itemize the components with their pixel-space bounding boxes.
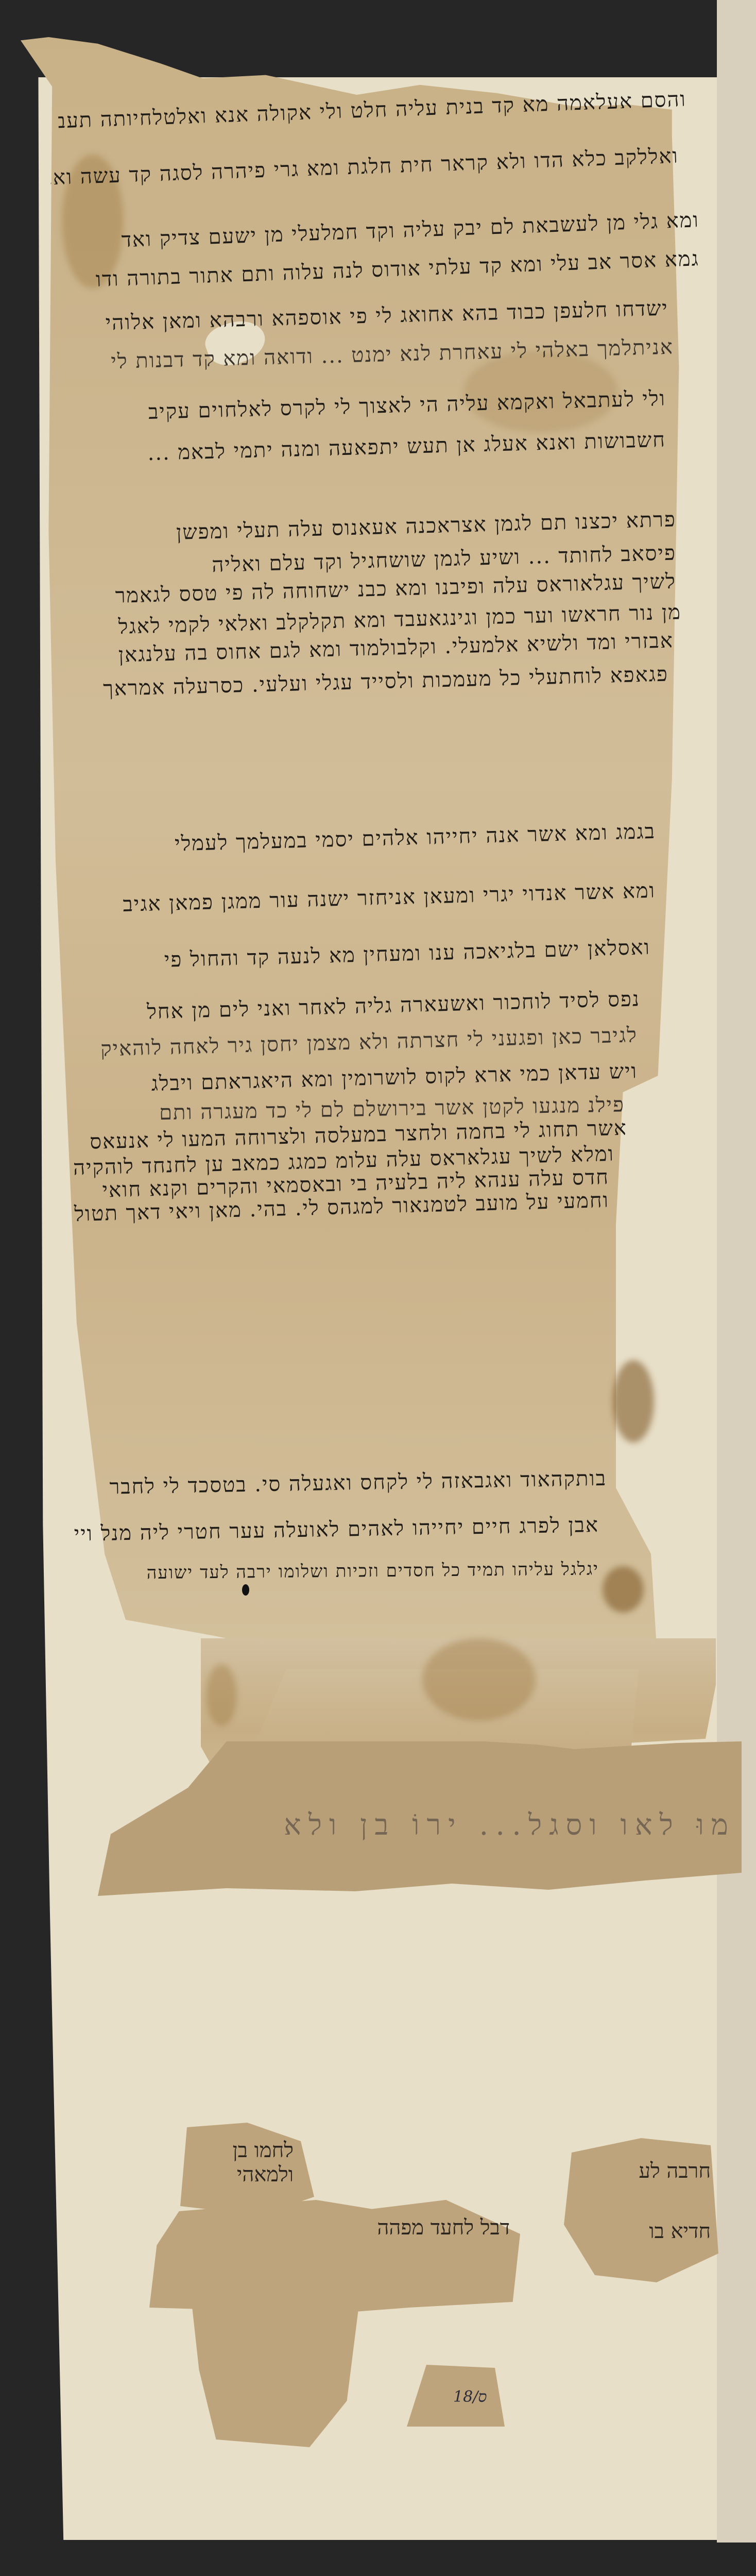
water-stain xyxy=(613,1360,654,1443)
fragment-line: ולמאהי xyxy=(180,2162,294,2187)
fragment-right-text: חרבה לע חדיא בו xyxy=(592,2159,711,2243)
shelfmark-label: 18/ס xyxy=(453,2388,487,2406)
black-backdrop-left xyxy=(0,0,22,2576)
fragment-line: חרבה לע xyxy=(592,2159,711,2183)
fragment-line: חדיא בו xyxy=(592,2219,711,2243)
fragment-middle-text: דבל לחעד מפהה xyxy=(149,2215,510,2240)
stain xyxy=(206,1664,237,1726)
fragment-upper-left-text: לחמו בן ולמאהי xyxy=(180,2138,294,2187)
fragment-line: דבל לחעד מפהה xyxy=(149,2215,510,2240)
stain xyxy=(422,1638,536,1721)
band-fragment-text: מוּ לאו וסגל... ירוֹ בן ולא xyxy=(117,1808,735,1842)
black-backdrop-bottom xyxy=(0,2543,756,2576)
water-stain xyxy=(603,1566,644,1613)
ink-blot xyxy=(242,1584,249,1596)
fragment-line: לחמו בן xyxy=(180,2138,294,2162)
mounting-paper-right-strip xyxy=(717,0,756,2563)
